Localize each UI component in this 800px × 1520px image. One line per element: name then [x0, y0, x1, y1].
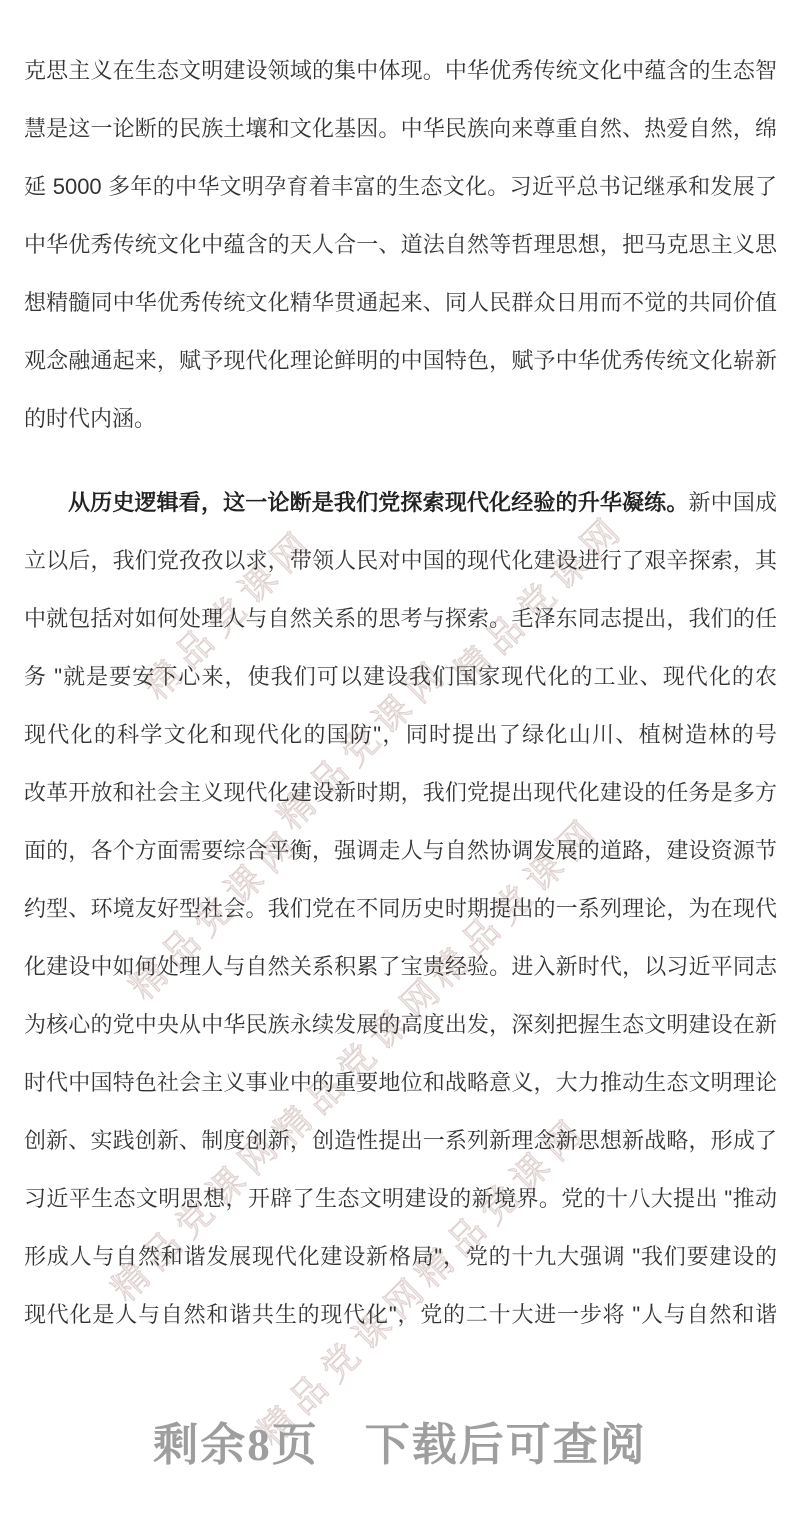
text-segment: 新中国成 [689, 490, 777, 515]
download-hint-text: 下载后可查阅 [365, 1420, 647, 1470]
bold-text-segment: 从历史逻辑看，这一论断是我们党探索现代化经验的升华凝练。 [68, 490, 689, 515]
text-line: 时代中国特色社会主义事业中的重要地位和战略意义，大力推动生态文明理论 [24, 1054, 777, 1112]
text-segment: 创新、实践创新、制度创新，创造性提出一系列新理念新思想新战略，形成了 [24, 1128, 777, 1153]
text-segment: 立以后，我们党孜孜以求，带领人民对中国的现代化建设进行了艰辛探索，其 [24, 548, 777, 573]
text-line: 现代化是人与自然和谐共生的现代化"，党的二十大进一步将 "人与自然和谐 [24, 1286, 777, 1344]
text-line: 习近平生态文明思想，开辟了生态文明建设的新境界。党的十八大提出 "推动 [24, 1170, 777, 1228]
text-line: 从历史逻辑看，这一论断是我们党探索现代化经验的升华凝练。新中国成 [24, 474, 777, 532]
text-line: 的时代内涵。 [24, 390, 777, 448]
text-line: 中华优秀传统文化中蕴含的天人合一、道法自然等哲理思想，把马克思主义思 [24, 216, 777, 274]
text-line: 形成人与自然和谐发展现代化建设新格局"，党的十九大强调 "我们要建设的 [24, 1228, 777, 1286]
text-segment: 化建设中如何处理人与自然关系积累了宝贵经验。进入新时代，以习近平同志 [24, 954, 777, 979]
text-line: 慧是这一论断的民族土壤和文化基因。中华民族向来尊重自然、热爱自然，绵 [24, 100, 777, 158]
text-segment: 形成人与自然和谐发展现代化建设新格局"，党的十九大强调 "我们要建设的 [24, 1244, 777, 1269]
text-segment: 想精髓同中华优秀传统文化精华贯通起来、同人民群众日用而不觉的共同价值 [24, 290, 777, 315]
text-segment: 现代化的科学文化和现代化的国防"，同时提出了绿化山川、植树造林的号召。 [24, 722, 777, 764]
paragraph: 从历史逻辑看，这一论断是我们党探索现代化经验的升华凝练。新中国成立以后，我们党孜… [24, 474, 777, 1344]
text-line: 现代化的科学文化和现代化的国防"，同时提出了绿化山川、植树造林的号召。 [24, 706, 777, 764]
text-segment: 务 "就是要安下心来，使我们可以建设我们国家现代化的工业、现代化的农业、 [24, 664, 777, 706]
text-line: 改革开放和社会主义现代化建设新时期，我们党提出现代化建设的任务是多方 [24, 764, 777, 822]
text-line: 约型、环境友好型社会。我们党在不同历史时期提出的一系列理论，为在现代 [24, 880, 777, 938]
text-segment: 延 5000 多年的中华文明孕育着丰富的生态文化。习近平总书记继承和发展了 [24, 174, 777, 199]
text-line: 创新、实践创新、制度创新，创造性提出一系列新理念新思想新战略，形成了 [24, 1112, 777, 1170]
paragraph: 克思主义在生态文明建设领域的集中体现。中华优秀传统文化中蕴含的生态智慧是这一论断… [24, 42, 777, 448]
text-line: 克思主义在生态文明建设领域的集中体现。中华优秀传统文化中蕴含的生态智 [24, 42, 777, 100]
text-line: 务 "就是要安下心来，使我们可以建设我们国家现代化的工业、现代化的农业、 [24, 648, 777, 706]
text-segment: 现代化是人与自然和谐共生的现代化"，党的二十大进一步将 "人与自然和谐 [24, 1302, 777, 1327]
text-segment: 改革开放和社会主义现代化建设新时期，我们党提出现代化建设的任务是多方 [24, 780, 777, 805]
text-segment: 的时代内涵。 [24, 406, 156, 431]
text-segment: 中就包括对如何处理人与自然关系的思考与探索。毛泽东同志提出，我们的任 [24, 606, 777, 631]
text-segment: 习近平生态文明思想，开辟了生态文明建设的新境界。党的十八大提出 "推动 [24, 1186, 777, 1211]
text-line: 想精髓同中华优秀传统文化精华贯通起来、同人民群众日用而不觉的共同价值 [24, 274, 777, 332]
document-content: 克思主义在生态文明建设领域的集中体现。中华优秀传统文化中蕴含的生态智慧是这一论断… [24, 42, 777, 1344]
text-segment: 慧是这一论断的民族土壤和文化基因。中华民族向来尊重自然、热爱自然，绵 [24, 116, 777, 141]
text-segment: 约型、环境友好型社会。我们党在不同历史时期提出的一系列理论，为在现代 [24, 896, 777, 921]
text-segment: 中华优秀传统文化中蕴含的天人合一、道法自然等哲理思想，把马克思主义思 [24, 232, 777, 257]
text-line: 面的，各个方面需要综合平衡，强调走人与自然协调发展的道路，建设资源节 [24, 822, 777, 880]
text-line: 为核心的党中央从中华民族永续发展的高度出发，深刻把握生态文明建设在新 [24, 996, 777, 1054]
text-line: 观念融通起来，赋予现代化理论鲜明的中国特色，赋予中华优秀传统文化崭新 [24, 332, 777, 390]
text-segment: 克思主义在生态文明建设领域的集中体现。中华优秀传统文化中蕴含的生态智 [24, 58, 777, 83]
document-page: 精品党课网精品党课网精品党课网精品党课网精品党课网精品党课网精品党课网精品党课网… [0, 0, 800, 1520]
text-line: 中就包括对如何处理人与自然关系的思考与探索。毛泽东同志提出，我们的任 [24, 590, 777, 648]
remaining-pages-notice: 剩余8页下载后可查阅 [0, 1408, 800, 1473]
text-segment: 为核心的党中央从中华民族永续发展的高度出发，深刻把握生态文明建设在新 [24, 1012, 777, 1037]
remaining-pages-text: 剩余8页 [153, 1420, 319, 1470]
text-line: 延 5000 多年的中华文明孕育着丰富的生态文化。习近平总书记继承和发展了 [24, 158, 777, 216]
text-segment: 观念融通起来，赋予现代化理论鲜明的中国特色，赋予中华优秀传统文化崭新 [24, 348, 777, 373]
text-segment: 时代中国特色社会主义事业中的重要地位和战略意义，大力推动生态文明理论 [24, 1070, 777, 1095]
text-segment: 面的，各个方面需要综合平衡，强调走人与自然协调发展的道路，建设资源节 [24, 838, 777, 863]
text-line: 立以后，我们党孜孜以求，带领人民对中国的现代化建设进行了艰辛探索，其 [24, 532, 777, 590]
text-line: 化建设中如何处理人与自然关系积累了宝贵经验。进入新时代，以习近平同志 [24, 938, 777, 996]
